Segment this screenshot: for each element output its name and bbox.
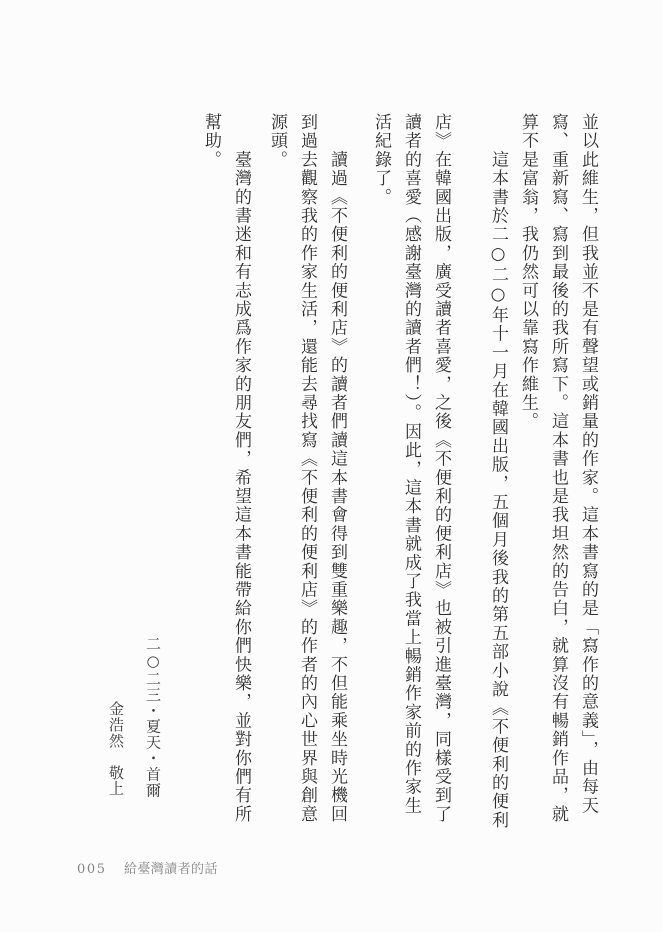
text-column-5: 店》在韓國出版，廣受讀者喜愛，之後《不便利的便利店》也被引進臺灣，同樣受到了 [431,113,450,824]
signature-date-place: 二○二三・夏天・首爾 [144,636,161,798]
page-number: 005 [77,862,107,878]
text-column-11: 臺灣的書迷和有志成爲作家的朋友們，希望這本書能帶給你們快樂，並對你們有所 [231,113,250,824]
text-column-9: 到過去觀察我的作家生活，還能去尋找寫《不便利的便利店》的作者的內心世界與創意 [297,113,316,824]
text-column-10: 源頭。 [267,113,286,169]
text-column-3: 算不是富翁，我仍然可以靠寫作維生。 [518,113,537,431]
text-column-4: 這本書於二○二○年十一月在韓國出版，五個月後我的第五部小說《不便利的便利 [488,113,507,830]
text-column-2: 寫、重新寫、寫到最後的我所寫下。這本書也是我坦然的告白，就算沒有暢銷作品，就 [548,113,567,824]
text-column-6: 讀者的喜愛（感謝臺灣的讀者們！）。因此，這本書就成了我當上暢銷作家前的作家生 [401,113,420,815]
signature-author: 金浩然 敬上 [107,701,124,796]
text-column-8: 讀過《不便利的便利店》的讀者們讀這本書會得到雙重樂趣，不但能乘坐時光機回 [327,113,346,824]
text-column-1: 並以此維生，但我並不是有聲望或銷量的作家。這本書寫的是「寫作的意義」，由每天 [578,113,597,815]
text-column-12: 幫助。 [201,113,220,169]
book-page: 並以此維生，但我並不是有聲望或銷量的作家。這本書寫的是「寫作的意義」，由每天 寫… [0,0,663,932]
text-column-7: 活紀錄了。 [371,113,390,207]
running-title: 給臺灣讀者的話 [124,862,218,878]
